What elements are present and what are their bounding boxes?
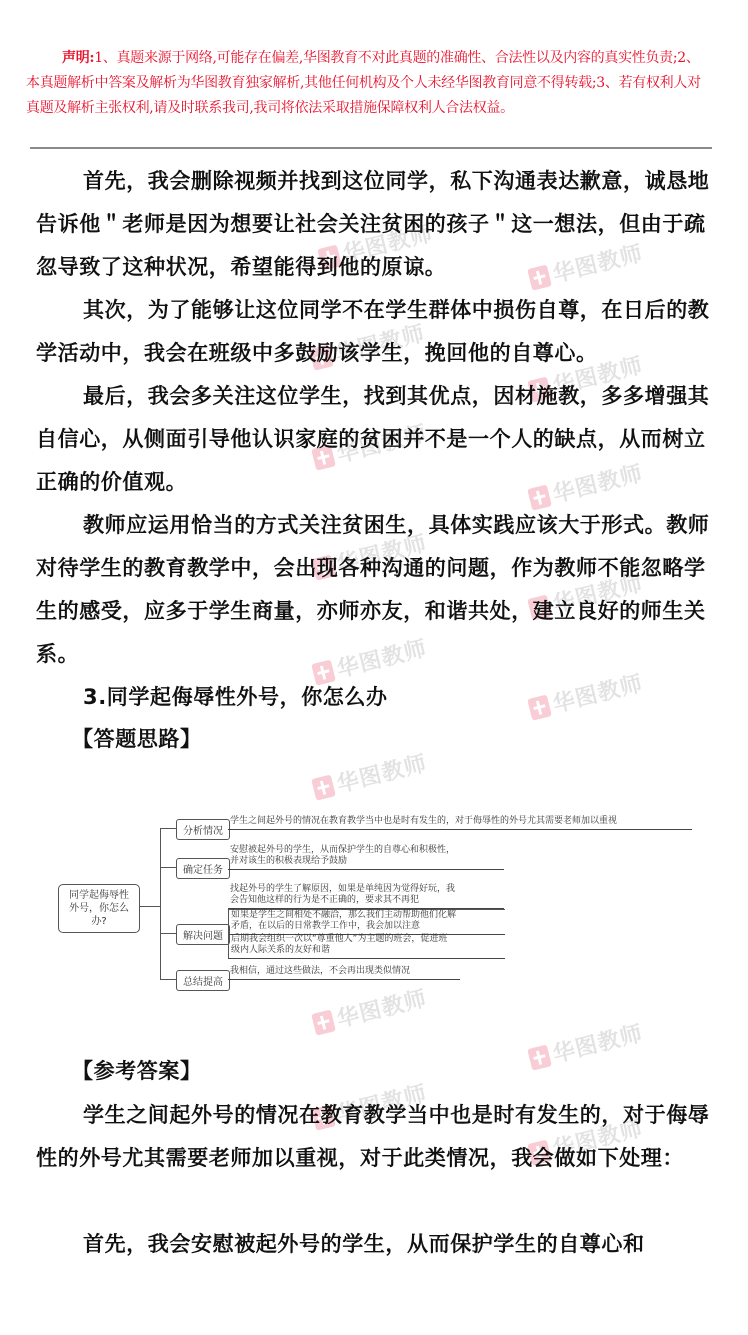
mindmap-root: 同学起侮辱性外号，你怎么办? xyxy=(58,884,140,933)
mindmap-leaf: 我相信，通过这些做法，不会再出现类似情况 xyxy=(228,966,460,980)
mindmap-leaf: 如果是学生之间相处不融洽，那么我们主动帮助他们化解 矛盾，在以后的日常教学工作中… xyxy=(228,909,505,935)
answer-heading: 【参考答案】 xyxy=(72,1050,748,1093)
mindmap-branch-task: 确定任务 xyxy=(176,858,230,879)
mindmap-leaf: 安慰被起外号的学生，从而保护学生的自尊心和积极性， 并对该生的积极表现给予鼓励 xyxy=(228,845,504,870)
paragraph-secondly: 其次，为了能够让这位同学不在学生群体中损伤自尊，在日后的教学活动中，我会在班级中… xyxy=(36,289,714,375)
answer-paragraph-firstly: 首先，我会安慰被起外号的学生，从而保护学生的自尊心和 xyxy=(36,1223,714,1266)
watermark-icon xyxy=(311,774,336,800)
connector xyxy=(160,979,176,980)
mindmap-branch-summary: 总结提高 xyxy=(176,970,230,991)
disclaimer-notice: 声明:1、真题来源于网络,可能存在偏差,华图教育不对此真题的准确性、合法性以及内… xyxy=(26,46,712,121)
mindmap-leaf: 后期我会组织一次以“尊重他人”为主题的班会，促进班 级内人际关系的友好和谐 xyxy=(228,934,505,959)
disclaimer-label: 声明: xyxy=(62,50,94,66)
mindmap-leaf: 学生之间起外号的情况在教育教学当中也是时有发生的，对于侮辱性的外号尤其需要老师加… xyxy=(228,816,692,830)
mindmap-branch-solve: 解决问题 xyxy=(176,924,230,945)
disclaimer-text: 1、真题来源于网络,可能存在偏差,华图教育不对此真题的准确性、合法性以及内容的真… xyxy=(26,50,701,116)
mindmap-leaf: 找起外号的学生了解原因，如果是单纯因为觉得好玩，我 会告知他这样的行为是不正确的… xyxy=(228,884,504,909)
watermark-logo: 华图教师 xyxy=(310,981,430,1039)
connector xyxy=(160,828,176,829)
connector xyxy=(160,933,176,934)
watermark-icon xyxy=(311,1009,336,1035)
paragraph-summary: 教师应运用恰当的方式关注贫困生，具体实践应该大于形式。教师对待学生的教育教学中，… xyxy=(36,504,714,676)
question-title: 3.同学起侮辱性外号，你怎么办 xyxy=(36,676,714,719)
connector xyxy=(160,828,161,980)
divider xyxy=(30,147,712,149)
mindmap-branch-analyze: 分析情况 xyxy=(176,819,230,840)
answer-paragraph-intro: 学生之间起外号的情况在教育教学当中也是时有发生的，对于侮辱性的外号尤其需要老师加… xyxy=(36,1094,714,1180)
paragraph-firstly: 首先，我会删除视频并找到这位同学，私下沟通表达歉意，诚恳地告诉他＂老师是因为想要… xyxy=(36,160,714,289)
connector xyxy=(160,867,176,868)
connector xyxy=(140,906,160,907)
approach-heading: 【答题思路】 xyxy=(72,718,748,761)
paragraph-finally: 最后，我会多关注这位学生，找到其优点，因材施教，多多增强其自信心，从侧面引导他认… xyxy=(36,375,714,504)
